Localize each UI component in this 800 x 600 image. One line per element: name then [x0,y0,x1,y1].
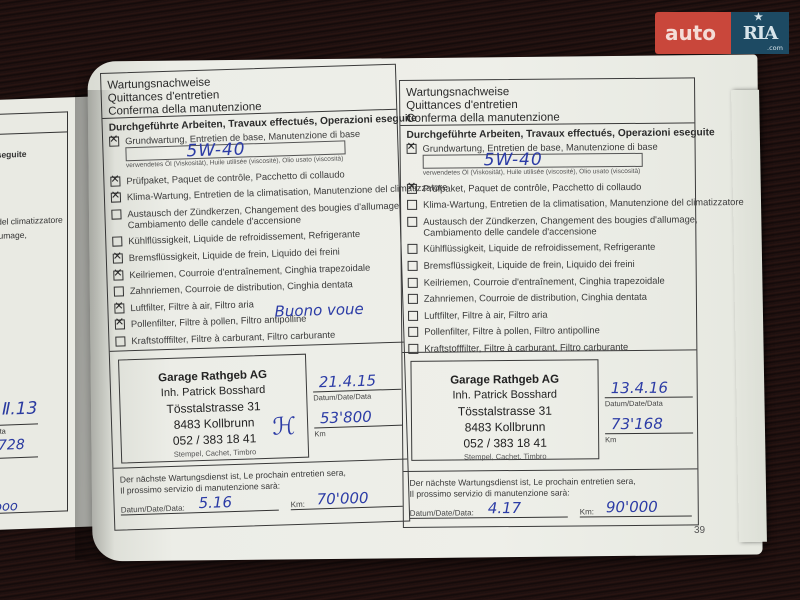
previous-page-frame [0,111,68,514]
service-item-brake-fluid[interactable]: Bremsflüssigkeit, Liquide de frein, Liqu… [402,257,696,271]
signature: ℋ [272,412,297,441]
page-number: 39 [694,525,705,536]
checkbox[interactable] [407,244,417,254]
service-items-list: Grundwartung, Entretien de base, Manuten… [401,140,697,353]
stamp-section: Garage Rathgeb AG Inh. Patrick Bosshard … [110,342,408,468]
handwritten-margin-note: Buono voue [274,300,364,321]
garage-name: Garage Rathgeb AG [412,372,598,389]
item-label-line2: Cambiamento delle candele d'accensione [423,225,596,238]
service-date-handwritten: 13.4.16 [605,378,693,397]
service-km-field[interactable]: 73'168 Km [605,414,693,444]
stamp-caption: Stempel, Cachet, Timbro [412,451,598,462]
service-km-label: Km [605,434,693,444]
oil-viscosity-field[interactable]: 5W-40 verwendetes Öl (Viskosität), Huile… [401,152,695,177]
garage-stamp: Garage Rathgeb AG Inh. Patrick Bosshard … [410,359,599,461]
item-label: Prüfpaket, Paquet de contrôle, Pacchetto… [423,180,689,193]
item-label: Keilriemen, Courroie d'entraînement, Cin… [424,274,690,287]
oil-viscosity-caption: verwendetes Öl (Viskosität), Huile utili… [423,167,689,176]
service-item-ac[interactable]: Klima-Wartung, Entretien de la climatisa… [401,197,695,211]
previous-item-fragment-2: allumage, [0,230,27,241]
next-date-handwritten: 5.16 [198,493,232,512]
service-item-pollen-filter[interactable]: Pollenfilter, Filtre à pollen, Filtro an… [402,324,696,338]
service-item-timing-belt[interactable]: Zahnriemen, Courroie de distribution, Ci… [402,291,696,305]
item-label: Kühlflüssigkeit, Liquide de refroidissem… [128,227,394,246]
garage-stamp: Garage Rathgeb AG Inh. Patrick Bosshard … [118,354,309,464]
previous-works-title-fragment: eseguite [0,149,27,160]
next-date-label: Datum/Date/Data: [410,508,474,518]
next-service-km-field[interactable]: Km: 70'000 [290,488,403,511]
item-label: Bremsflüssigkeit, Liquide de frein, Liqu… [129,244,395,263]
logo-com-text: .com [767,44,783,52]
checkbox[interactable] [408,261,418,271]
item-label: Zahnriemen, Courroie de distribution, Ci… [130,277,396,296]
checkbox[interactable] [114,303,124,313]
service-date-label: Datum/Date/Data [313,391,401,403]
next-service-section: Der nächste Wartungsdienst ist, Le proch… [403,468,697,527]
spine-shadow [75,90,115,560]
service-km-field[interactable]: 53'800 Km [314,407,403,439]
checkbox[interactable] [408,294,418,304]
next-service-section: Der nächste Wartungsdienst ist, Le proch… [113,459,409,530]
garage-owner: Inh. Patrick Bosshard [412,387,598,404]
item-label: Bremsflüssigkeit, Liquide de frein, Liqu… [424,257,690,270]
item-label: Zahnriemen, Courroie de distribution, Ci… [424,291,690,304]
next-km-handwritten: 70'000 [316,489,368,509]
stamp-section: Garage Rathgeb AG Inh. Patrick Bosshard … [402,349,697,469]
next-service-date-field[interactable]: Datum/Date/Data: 4.17 [410,499,568,519]
next-date-handwritten: 4.17 [488,499,522,517]
next-km-label: Km: [291,500,306,509]
autoria-logo: auto ★ RIA .com [655,12,789,54]
service-item-v-belt[interactable]: Keilriemen, Courroie d'entraînement, Cin… [402,274,696,288]
item-label: Kühlflüssigkeit, Liquide de refroidissem… [423,241,689,254]
checkbox[interactable] [408,311,418,321]
item-label: Pollenfilter, Filtre à pollen, Filtro an… [424,324,690,337]
card-header: Wartungsnachweise Quittances d'entretien… [400,78,694,126]
item-label: Luftfilter, Filtre à air, Filtro aria [424,307,690,320]
logo-ria-block: ★ RIA .com [731,12,789,54]
service-km-label: Km [314,427,402,439]
service-km-handwritten: 73'168 [605,414,693,433]
checkbox[interactable] [407,183,417,193]
service-date-field[interactable]: 13.4.16 Datum/Date/Data [605,378,693,408]
item-label: Klima-Wartung, Entretien de la climatisa… [423,196,744,210]
garage-street: Tösstalstrasse 31 [412,402,598,420]
next-km-handwritten: 90'000 [606,498,658,516]
item-label: Grundwartung, Entretien de base, Manuten… [423,140,689,153]
service-item-inspection[interactable]: Prüfpaket, Paquet de contrôle, Pacchetto… [401,180,695,194]
logo-ria-text: RIA [743,23,777,44]
oil-viscosity-handwritten: 5W-40 [186,139,246,161]
item-label: Prüfpaket, Paquet de contrôle, Pacchetto… [126,166,392,185]
next-service-km-field[interactable]: Km: 90'000 [580,497,692,517]
previous-km-handwritten: 728 [0,437,25,454]
oil-viscosity-handwritten: 5W-40 [484,150,543,171]
checkbox[interactable] [407,144,417,154]
garage-city: 8483 Kollbrunn [412,418,598,436]
next-service-date-field[interactable]: Datum/Date/Data: 5.16 [120,492,279,516]
service-record-card-right: Wartungsnachweise Quittances d'entretien… [399,77,699,528]
service-item-coolant[interactable]: Kühlflüssigkeit, Liquide de refroidissem… [401,241,695,255]
service-date-field[interactable]: 21.4.15 Datum/Date/Data [313,371,402,403]
previous-date-handwritten: Ⅱ.13 [2,398,37,419]
star-icon: ★ [754,12,762,23]
service-item-spark-plugs[interactable]: Austausch der Zündkerzen, Changement des… [105,199,400,230]
next-date-label: Datum/Date/Data: [121,504,185,515]
oil-viscosity-input[interactable]: 5W-40 [423,153,643,169]
garage-phone: 052 / 383 18 41 [412,434,598,452]
logo-auto-text: auto [655,12,731,54]
previous-date-label: Data [0,427,6,437]
checkbox[interactable] [408,277,418,287]
service-item-air-filter[interactable]: Luftfilter, Filtre à air, Filtro aria [402,307,696,321]
checkbox[interactable] [407,217,417,227]
item-label: Keilriemen, Courroie d'entraînement, Cin… [129,260,395,279]
service-date-label: Datum/Date/Data [605,398,693,408]
previous-next-km-handwritten: ooo [0,499,18,515]
service-record-card-left: Wartungsnachweise Quittances d'entretien… [100,64,410,531]
checkbox[interactable] [407,200,417,210]
checkbox[interactable] [114,287,124,297]
checkbox[interactable] [115,320,125,330]
next-km-label: Km: [580,507,594,516]
checkbox[interactable] [115,336,125,346]
service-item-spark-plugs[interactable]: Austausch der Zündkerzen, Changement des… [401,213,695,238]
checkbox[interactable] [408,327,418,337]
